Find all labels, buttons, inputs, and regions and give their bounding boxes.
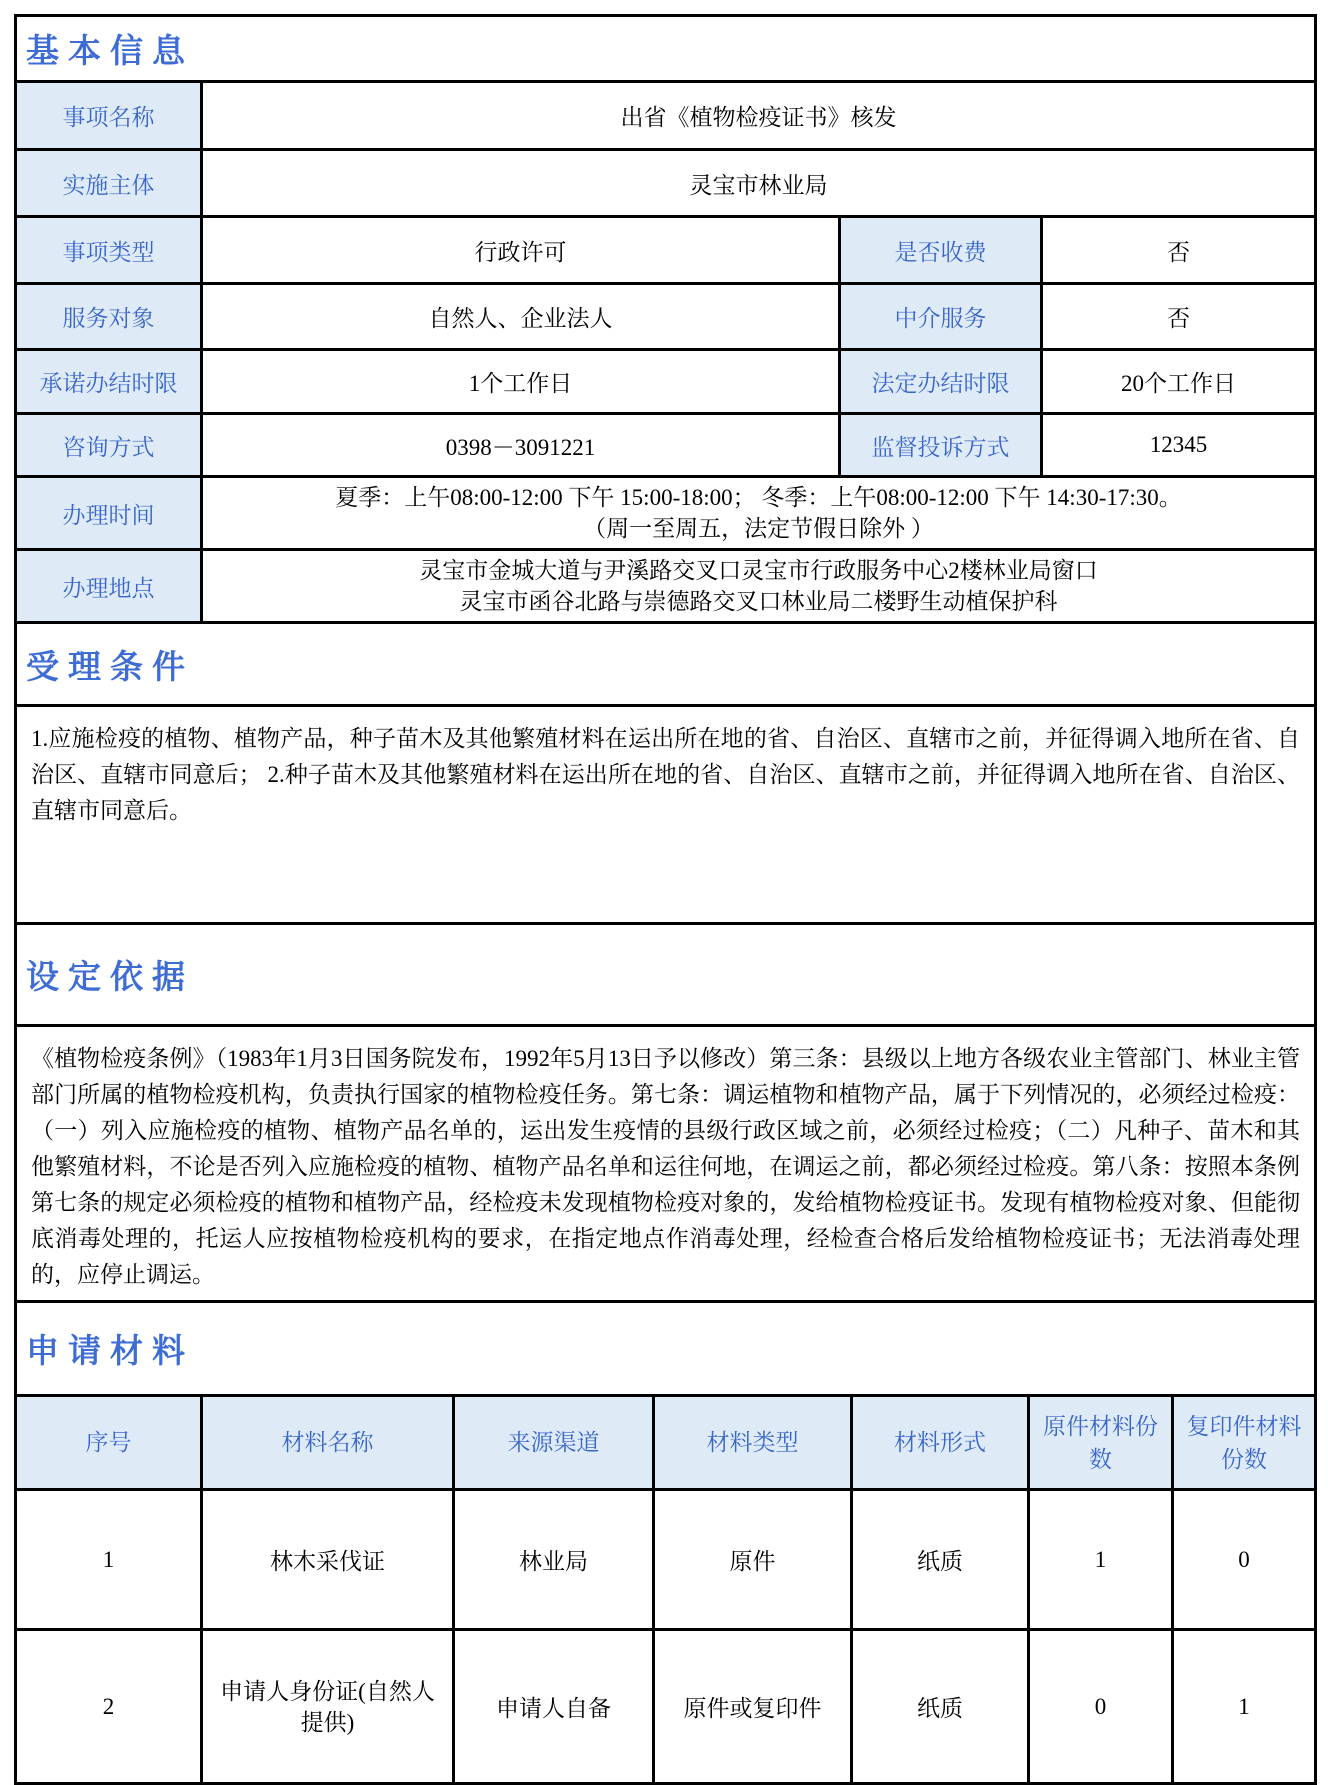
acceptance-conditions-text: 1.应施检疫的植物、植物产品，种子苗木及其他繁殖材料在运出所在地的省、自治区、直…	[16, 706, 1316, 924]
material-1-name: 林木采伐证	[202, 1490, 454, 1630]
material-1-original-count: 1	[1029, 1490, 1173, 1630]
processing-location-line-1: 灵宝市金城大道与尹溪路交叉口灵宝市行政服务中心2楼林业局窗口	[211, 555, 1306, 586]
col-header-photocopy-count: 复印件材料份数	[1173, 1396, 1316, 1490]
material-1-photocopy-count: 0	[1173, 1490, 1316, 1630]
label-processing-location: 办理地点	[16, 550, 202, 623]
section-title-basic-info: 基本信息	[16, 16, 1316, 82]
application-materials-table: 申请材料 序号 材料名称 来源渠道 材料类型 材料形式 原件材料份数 复印件材料…	[14, 1300, 1317, 1785]
label-supervision-complaint-method: 监督投诉方式	[840, 414, 1042, 477]
materials-header-row: 序号 材料名称 来源渠道 材料类型 材料形式 原件材料份数 复印件材料份数	[16, 1396, 1316, 1490]
value-processing-time: 夏季：上午08:00-12:00 下午 15:00-18:00； 冬季：上午08…	[202, 477, 1316, 550]
material-2-name: 申请人身份证(自然人提供)	[202, 1630, 454, 1784]
document-page: 基本信息 事项名称 出省《植物检疫证书》核发 实施主体 灵宝市林业局 事项类型 …	[0, 0, 1328, 1782]
col-header-material-name: 材料名称	[202, 1396, 454, 1490]
basic-info-table: 基本信息 事项名称 出省《植物检疫证书》核发 实施主体 灵宝市林业局 事项类型 …	[14, 14, 1317, 624]
value-statutory-time-limit: 20个工作日	[1042, 350, 1316, 414]
value-item-name: 出省《植物检疫证书》核发	[202, 82, 1316, 150]
material-2-photocopy-count: 1	[1173, 1630, 1316, 1784]
material-2-form: 纸质	[852, 1630, 1029, 1784]
value-intermediary-service: 否	[1042, 284, 1316, 350]
material-2-seq: 2	[16, 1630, 202, 1784]
label-consultation-method: 咨询方式	[16, 414, 202, 477]
material-1-form: 纸质	[852, 1490, 1029, 1630]
label-intermediary-service: 中介服务	[840, 284, 1042, 350]
material-1-type: 原件	[654, 1490, 852, 1630]
label-implementing-body: 实施主体	[16, 150, 202, 217]
material-2-original-count: 0	[1029, 1630, 1173, 1784]
material-row-1: 1 林木采伐证 林业局 原件 纸质 1 0	[16, 1490, 1316, 1630]
material-1-source: 林业局	[454, 1490, 654, 1630]
material-2-source: 申请人自备	[454, 1630, 654, 1784]
processing-location-line-2: 灵宝市函谷北路与崇德路交叉口林业局二楼野生动植保护科	[211, 586, 1306, 617]
material-1-seq: 1	[16, 1490, 202, 1630]
value-promised-time-limit: 1个工作日	[202, 350, 840, 414]
value-fee-required: 否	[1042, 217, 1316, 284]
section-title-acceptance-conditions: 受理条件	[16, 623, 1316, 706]
label-service-target: 服务对象	[16, 284, 202, 350]
col-header-original-count: 原件材料份数	[1029, 1396, 1173, 1490]
legal-basis-table: 设定依据 《植物检疫条例》（1983年1月3日国务院发布，1992年5月13日予…	[14, 922, 1317, 1303]
material-row-2: 2 申请人身份证(自然人提供) 申请人自备 原件或复印件 纸质 0 1	[16, 1630, 1316, 1784]
section-title-legal-basis: 设定依据	[16, 924, 1316, 1026]
col-header-seq: 序号	[16, 1396, 202, 1490]
value-implementing-body: 灵宝市林业局	[202, 150, 1316, 217]
section-title-application-materials: 申请材料	[16, 1302, 1316, 1396]
label-statutory-time-limit: 法定办结时限	[840, 350, 1042, 414]
acceptance-conditions-table: 受理条件 1.应施检疫的植物、植物产品，种子苗木及其他繁殖材料在运出所在地的省、…	[14, 621, 1317, 925]
value-service-target: 自然人、企业法人	[202, 284, 840, 350]
value-item-type: 行政许可	[202, 217, 840, 284]
label-item-type: 事项类型	[16, 217, 202, 284]
value-consultation-phone: 0398－3091221	[202, 414, 840, 477]
processing-time-line-1: 夏季：上午08:00-12:00 下午 15:00-18:00； 冬季：上午08…	[211, 482, 1306, 513]
legal-basis-text: 《植物检疫条例》（1983年1月3日国务院发布，1992年5月13日予以修改）第…	[16, 1026, 1316, 1302]
processing-time-line-2: （周一至周五，法定节假日除外 ）	[211, 513, 1306, 544]
material-2-type: 原件或复印件	[654, 1630, 852, 1784]
label-processing-time: 办理时间	[16, 477, 202, 550]
label-item-name: 事项名称	[16, 82, 202, 150]
col-header-source-channel: 来源渠道	[454, 1396, 654, 1490]
col-header-material-type: 材料类型	[654, 1396, 852, 1490]
value-processing-location: 灵宝市金城大道与尹溪路交叉口灵宝市行政服务中心2楼林业局窗口 灵宝市函谷北路与崇…	[202, 550, 1316, 623]
col-header-material-form: 材料形式	[852, 1396, 1029, 1490]
value-supervision-complaint-phone: 12345	[1042, 414, 1316, 477]
label-promised-time-limit: 承诺办结时限	[16, 350, 202, 414]
label-fee-required: 是否收费	[840, 217, 1042, 284]
